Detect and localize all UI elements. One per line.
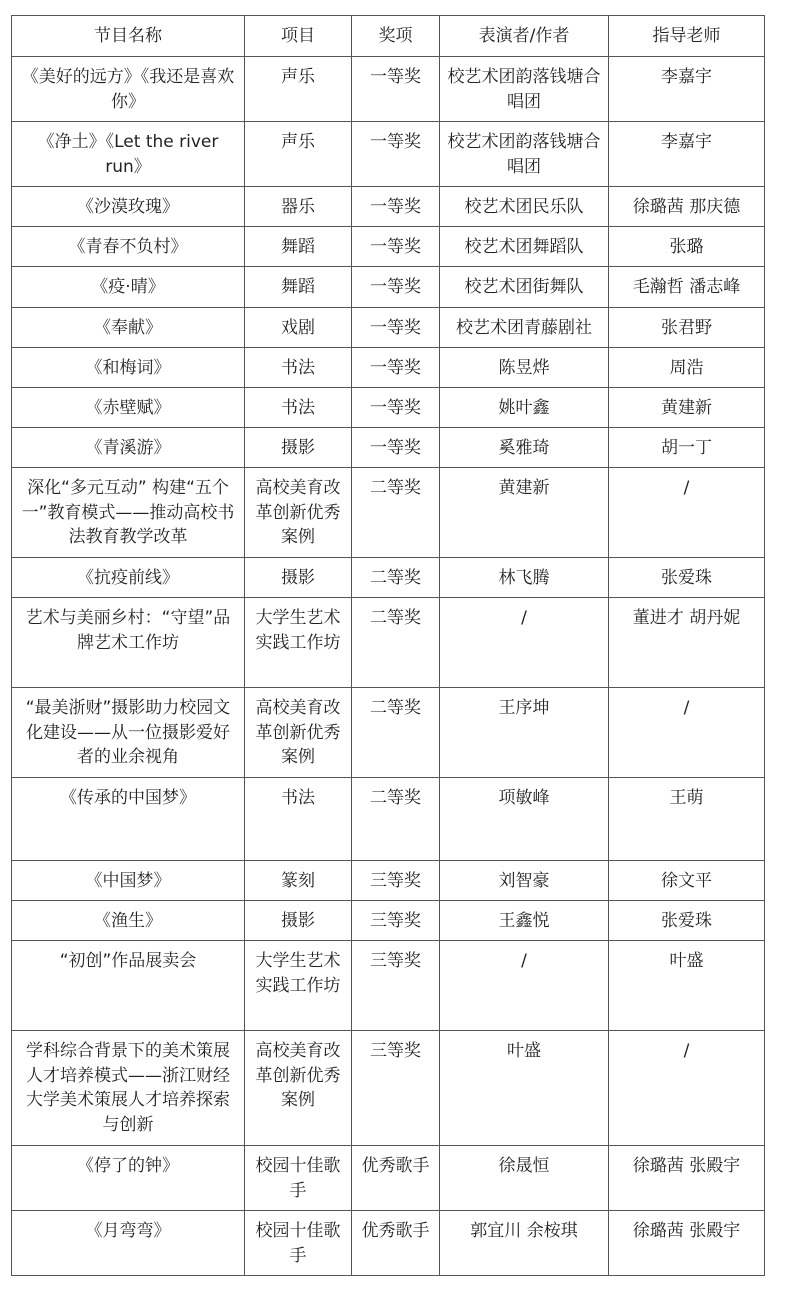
performer-cell: 校艺术团舞蹈队 xyxy=(440,227,609,267)
table-row: 《奉献》戏剧一等奖校艺术团青藤剧社张君野 xyxy=(12,308,765,348)
teacher-cell: / xyxy=(609,468,765,558)
teacher-cell: 毛瀚哲 潘志峰 xyxy=(609,267,765,308)
teacher-cell: 叶盛 xyxy=(609,941,765,1031)
table-row: 《抗疫前线》摄影二等奖林飞腾张爱珠 xyxy=(12,558,765,598)
award-cell: 二等奖 xyxy=(352,688,440,778)
performer-cell: 项敏峰 xyxy=(440,778,609,861)
teacher-cell: / xyxy=(609,688,765,778)
program-name-cell: 《停了的钟》 xyxy=(12,1146,245,1211)
teacher-cell: 王萌 xyxy=(609,778,765,861)
performer-cell: 奚雅琦 xyxy=(440,428,609,468)
award-cell: 一等奖 xyxy=(352,388,440,428)
teacher-cell: 张爱珠 xyxy=(609,558,765,598)
performer-cell: 徐晟恒 xyxy=(440,1146,609,1211)
table-row: 《美好的远方》《我还是喜欢你》声乐一等奖校艺术团韵落钱塘合唱团李嘉宇 xyxy=(12,57,765,122)
award-cell: 一等奖 xyxy=(352,308,440,348)
program-name-cell: 学科综合背景下的美术策展人才培养模式——浙江财经大学美术策展人才培养探索与创新 xyxy=(12,1031,245,1146)
table-row: 《中国梦》篆刻三等奖刘智豪徐文平 xyxy=(12,861,765,901)
table-row: 《停了的钟》校园十佳歌手优秀歌手徐晟恒徐璐茜 张殿宇 xyxy=(12,1146,765,1211)
program-name-cell: 《美好的远方》《我还是喜欢你》 xyxy=(12,57,245,122)
table-header-row: 节目名称 项目 奖项 表演者/作者 指导老师 xyxy=(12,16,765,57)
award-cell: 三等奖 xyxy=(352,861,440,901)
table-row: 《青溪游》摄影一等奖奚雅琦胡一丁 xyxy=(12,428,765,468)
program-name-cell: 《赤壁赋》 xyxy=(12,388,245,428)
teacher-cell: 董进才 胡丹妮 xyxy=(609,598,765,688)
category-cell: 摄影 xyxy=(245,428,352,468)
program-name-cell: 《抗疫前线》 xyxy=(12,558,245,598)
program-name-cell: 《传承的中国梦》 xyxy=(12,778,245,861)
category-cell: 高校美育改革创新优秀案例 xyxy=(245,688,352,778)
award-cell: 二等奖 xyxy=(352,558,440,598)
category-cell: 摄影 xyxy=(245,901,352,941)
performer-cell: 王序坤 xyxy=(440,688,609,778)
teacher-cell: 胡一丁 xyxy=(609,428,765,468)
program-name-cell: 《青春不负村》 xyxy=(12,227,245,267)
category-cell: 舞蹈 xyxy=(245,267,352,308)
program-name-cell: 《月弯弯》 xyxy=(12,1211,245,1276)
award-cell: 一等奖 xyxy=(352,57,440,122)
category-cell: 摄影 xyxy=(245,558,352,598)
performer-cell: 陈昱烨 xyxy=(440,348,609,388)
performer-cell: / xyxy=(440,941,609,1031)
table-row: 《疫·晴》舞蹈一等奖校艺术团街舞队毛瀚哲 潘志峰 xyxy=(12,267,765,308)
performer-cell: 林飞腾 xyxy=(440,558,609,598)
header-program-name: 节目名称 xyxy=(12,16,245,57)
category-cell: 舞蹈 xyxy=(245,227,352,267)
category-cell: 声乐 xyxy=(245,57,352,122)
table-row: 《渔生》摄影三等奖王鑫悦张爱珠 xyxy=(12,901,765,941)
performer-cell: 校艺术团韵落钱塘合唱团 xyxy=(440,122,609,187)
category-cell: 器乐 xyxy=(245,187,352,227)
award-cell: 一等奖 xyxy=(352,122,440,187)
award-cell: 三等奖 xyxy=(352,1031,440,1146)
teacher-cell: 张君野 xyxy=(609,308,765,348)
table-row: 《传承的中国梦》书法二等奖项敏峰王萌 xyxy=(12,778,765,861)
program-name-cell: “最美浙财”摄影助力校园文化建设——从一位摄影爱好者的业余视角 xyxy=(12,688,245,778)
program-name-cell: 《青溪游》 xyxy=(12,428,245,468)
program-name-cell: 《和梅词》 xyxy=(12,348,245,388)
program-name-cell: 《奉献》 xyxy=(12,308,245,348)
performer-cell: 姚叶鑫 xyxy=(440,388,609,428)
award-cell: 三等奖 xyxy=(352,901,440,941)
header-performer: 表演者/作者 xyxy=(440,16,609,57)
table-row: “初创”作品展卖会大学生艺术实践工作坊三等奖/叶盛 xyxy=(12,941,765,1031)
table-row: 学科综合背景下的美术策展人才培养模式——浙江财经大学美术策展人才培养探索与创新高… xyxy=(12,1031,765,1146)
table-row: 深化“多元互动” 构建“五个一”教育模式——推动高校书法教育教学改革高校美育改革… xyxy=(12,468,765,558)
award-cell: 二等奖 xyxy=(352,468,440,558)
teacher-cell: 周浩 xyxy=(609,348,765,388)
award-cell: 一等奖 xyxy=(352,267,440,308)
award-cell: 二等奖 xyxy=(352,598,440,688)
table-row: 《赤壁赋》书法一等奖姚叶鑫黄建新 xyxy=(12,388,765,428)
performer-cell: / xyxy=(440,598,609,688)
teacher-cell: 张璐 xyxy=(609,227,765,267)
header-category: 项目 xyxy=(245,16,352,57)
performer-cell: 校艺术团韵落钱塘合唱团 xyxy=(440,57,609,122)
table-row: “最美浙财”摄影助力校园文化建设——从一位摄影爱好者的业余视角高校美育改革创新优… xyxy=(12,688,765,778)
program-name-cell: 《渔生》 xyxy=(12,901,245,941)
teacher-cell: 徐璐茜 张殿宇 xyxy=(609,1211,765,1276)
category-cell: 声乐 xyxy=(245,122,352,187)
table-row: 艺术与美丽乡村：“守望”品牌艺术工作坊大学生艺术实践工作坊二等奖/董进才 胡丹妮 xyxy=(12,598,765,688)
teacher-cell: 黄建新 xyxy=(609,388,765,428)
performer-cell: 叶盛 xyxy=(440,1031,609,1146)
award-cell: 优秀歌手 xyxy=(352,1146,440,1211)
table-row: 《净土》《Let the river run》声乐一等奖校艺术团韵落钱塘合唱团李… xyxy=(12,122,765,187)
performer-cell: 黄建新 xyxy=(440,468,609,558)
table-row: 《沙漠玫瑰》器乐一等奖校艺术团民乐队徐璐茜 那庆德 xyxy=(12,187,765,227)
award-cell: 三等奖 xyxy=(352,941,440,1031)
performer-cell: 校艺术团街舞队 xyxy=(440,267,609,308)
award-cell: 一等奖 xyxy=(352,348,440,388)
teacher-cell: 徐文平 xyxy=(609,861,765,901)
performer-cell: 刘智豪 xyxy=(440,861,609,901)
category-cell: 高校美育改革创新优秀案例 xyxy=(245,1031,352,1146)
award-cell: 一等奖 xyxy=(352,428,440,468)
header-teacher: 指导老师 xyxy=(609,16,765,57)
category-cell: 书法 xyxy=(245,388,352,428)
table-row: 《青春不负村》舞蹈一等奖校艺术团舞蹈队张璐 xyxy=(12,227,765,267)
award-cell: 一等奖 xyxy=(352,187,440,227)
teacher-cell: 李嘉宇 xyxy=(609,122,765,187)
table-row: 《月弯弯》校园十佳歌手优秀歌手郭宜川 余桉琪徐璐茜 张殿宇 xyxy=(12,1211,765,1276)
award-cell: 优秀歌手 xyxy=(352,1211,440,1276)
teacher-cell: 李嘉宇 xyxy=(609,57,765,122)
category-cell: 大学生艺术实践工作坊 xyxy=(245,941,352,1031)
teacher-cell: 徐璐茜 张殿宇 xyxy=(609,1146,765,1211)
teacher-cell: / xyxy=(609,1031,765,1146)
program-name-cell: 《净土》《Let the river run》 xyxy=(12,122,245,187)
program-name-cell: 《中国梦》 xyxy=(12,861,245,901)
program-name-cell: 深化“多元互动” 构建“五个一”教育模式——推动高校书法教育教学改革 xyxy=(12,468,245,558)
awards-table: 节目名称 项目 奖项 表演者/作者 指导老师 《美好的远方》《我还是喜欢你》声乐… xyxy=(11,15,765,1276)
performer-cell: 校艺术团青藤剧社 xyxy=(440,308,609,348)
header-award: 奖项 xyxy=(352,16,440,57)
category-cell: 篆刻 xyxy=(245,861,352,901)
category-cell: 书法 xyxy=(245,348,352,388)
program-name-cell: 《疫·晴》 xyxy=(12,267,245,308)
category-cell: 书法 xyxy=(245,778,352,861)
program-name-cell: “初创”作品展卖会 xyxy=(12,941,245,1031)
award-cell: 一等奖 xyxy=(352,227,440,267)
performer-cell: 王鑫悦 xyxy=(440,901,609,941)
category-cell: 校园十佳歌手 xyxy=(245,1211,352,1276)
performer-cell: 郭宜川 余桉琪 xyxy=(440,1211,609,1276)
category-cell: 校园十佳歌手 xyxy=(245,1146,352,1211)
teacher-cell: 张爱珠 xyxy=(609,901,765,941)
category-cell: 高校美育改革创新优秀案例 xyxy=(245,468,352,558)
category-cell: 大学生艺术实践工作坊 xyxy=(245,598,352,688)
category-cell: 戏剧 xyxy=(245,308,352,348)
teacher-cell: 徐璐茜 那庆德 xyxy=(609,187,765,227)
program-name-cell: 《沙漠玫瑰》 xyxy=(12,187,245,227)
performer-cell: 校艺术团民乐队 xyxy=(440,187,609,227)
program-name-cell: 艺术与美丽乡村：“守望”品牌艺术工作坊 xyxy=(12,598,245,688)
award-cell: 二等奖 xyxy=(352,778,440,861)
table-row: 《和梅词》书法一等奖陈昱烨周浩 xyxy=(12,348,765,388)
